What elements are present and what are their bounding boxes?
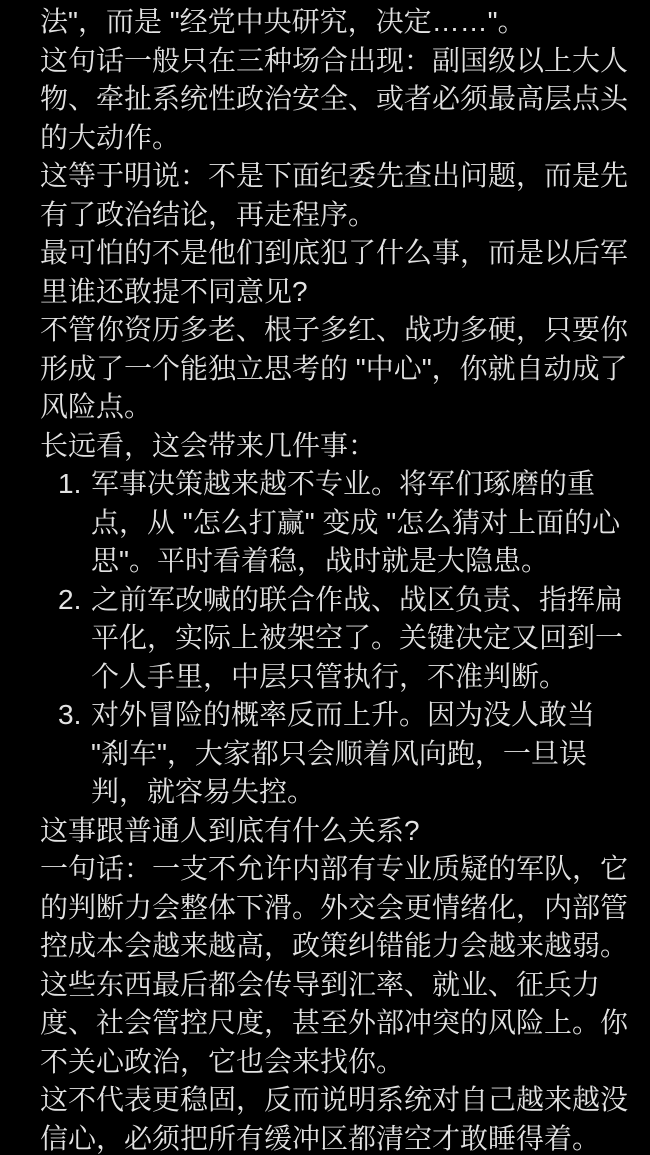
list-item-text: 军事决策越来越不专业。将军们琢磨的重点，从 "怎么打赢" 变成 "怎么猜对上面的… — [91, 465, 630, 581]
paragraph: 这事跟普通人到底有什么关系? — [40, 812, 630, 851]
paragraph-bottom: 这不代表更稳固，反而说明系统对自己越来越没信心，必须把所有缓冲区都清空才敢睡得着… — [40, 1081, 630, 1155]
list-item-number: 2. — [58, 581, 91, 697]
paragraph: 最可怕的不是他们到底犯了什么事，而是以后军里谁还敢提不同意见? — [40, 234, 630, 311]
list-item-number: 3. — [58, 696, 91, 812]
paragraph: 不管你资历多老、根子多红、战功多硬，只要你形成了一个能独立思考的 "中心"，你就… — [40, 311, 630, 427]
paragraph: 这句话一般只在三种场合出现：副国级以上大人物、牵扯系统性政治安全、或者必须最高层… — [40, 42, 630, 158]
paragraph: 一句话：一支不允许内部有专业质疑的军队，它的判断力会整体下滑。外交会更情绪化，内… — [40, 850, 630, 966]
list-item: 3. 对外冒险的概率反而上升。因为没人敢当 "刹车"，大家都只会顺着风向跑，一旦… — [58, 696, 630, 812]
paragraph-list-intro: 长远看，这会带来几件事： — [40, 427, 630, 466]
list-item-text: 对外冒险的概率反而上升。因为没人敢当 "刹车"，大家都只会顺着风向跑，一旦误判，… — [91, 696, 630, 812]
list-item-number: 1. — [58, 465, 91, 581]
article-text: 法"，而是 "经党中央研究，决定……"。 这句话一般只在三种场合出现：副国级以上… — [0, 0, 650, 1155]
list-item: 2. 之前军改喊的联合作战、战区负责、指挥扁平化，实际上被架空了。关键决定又回到… — [58, 581, 630, 697]
paragraph: 这等于明说：不是下面纪委先查出问题，而是先有了政治结论，再走程序。 — [40, 157, 630, 234]
list-item-text: 之前军改喊的联合作战、战区负责、指挥扁平化，实际上被架空了。关键决定又回到一个人… — [91, 581, 630, 697]
list-item: 1. 军事决策越来越不专业。将军们琢磨的重点，从 "怎么打赢" 变成 "怎么猜对… — [58, 465, 630, 581]
paragraph: 这些东西最后都会传导到汇率、就业、征兵力度、社会管控尺度，甚至外部冲突的风险上。… — [40, 966, 630, 1082]
paragraph-cutoff-top: 法"，而是 "经党中央研究，决定……"。 — [40, 3, 630, 42]
